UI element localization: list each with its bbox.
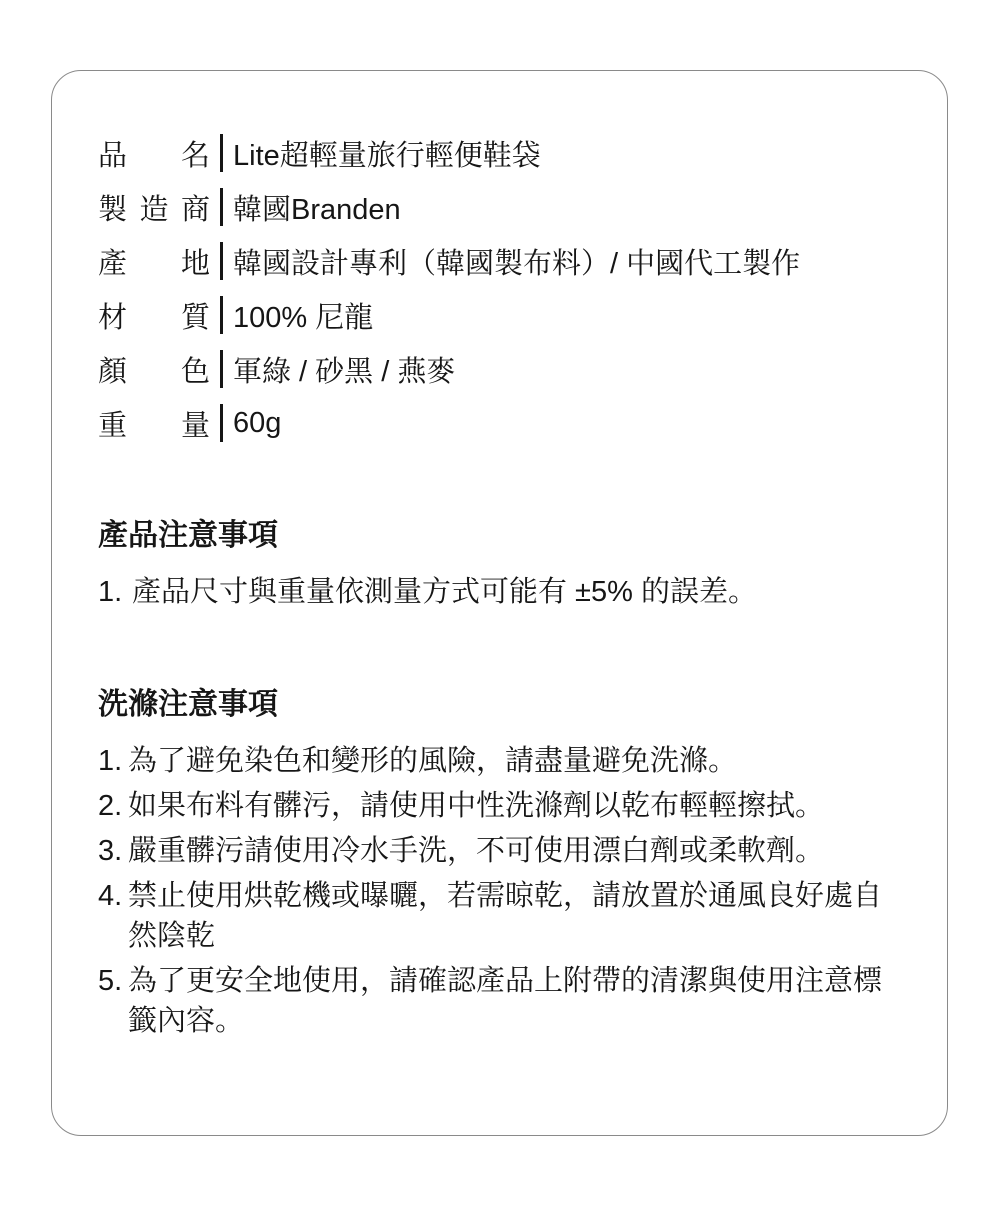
spec-row-material: 材質 100% 尼龍: [98, 288, 902, 342]
washing-notes-section: 洗滌注意事項 1. 為了避免染色和變形的風險，請盡量避免洗滌。 2. 如果布料有…: [98, 685, 902, 1041]
list-item: 2. 如果布料有髒污，請使用中性洗滌劑以乾布輕輕擦拭。: [98, 786, 902, 826]
spec-list: 品名 Lite超輕量旅行輕便鞋袋 製造商 韓國Branden 產地 韓國設計專利…: [98, 126, 902, 450]
item-text: 如果布料有髒污，請使用中性洗滌劑以乾布輕輕擦拭。: [128, 786, 902, 826]
item-number: 5.: [98, 961, 128, 1041]
item-number: 3.: [98, 831, 128, 871]
spec-label: 品名: [98, 133, 210, 174]
list-item: 1. 為了避免染色和變形的風險，請盡量避免洗滌。: [98, 741, 902, 781]
spec-value: Lite超輕量旅行輕便鞋袋: [233, 133, 541, 174]
product-notes-section: 產品注意事項 1. 產品尺寸與重量依測量方式可能有 ±5% 的誤差。: [98, 516, 902, 612]
item-text: 為了更安全地使用，請確認產品上附帶的清潔與使用注意標籤內容。: [128, 961, 902, 1041]
spec-value: 60g: [233, 407, 281, 440]
spec-label: 重量: [98, 403, 210, 444]
item-number: 1.: [98, 572, 132, 612]
item-number: 2.: [98, 786, 128, 826]
vertical-divider: [220, 404, 223, 442]
spec-label: 製造商: [98, 187, 210, 228]
page: 品名 Lite超輕量旅行輕便鞋袋 製造商 韓國Branden 產地 韓國設計專利…: [0, 0, 1000, 1206]
item-text: 為了避免染色和變形的風險，請盡量避免洗滌。: [128, 741, 902, 781]
spec-value: 韓國Branden: [233, 187, 401, 228]
washing-notes-list: 1. 為了避免染色和變形的風險，請盡量避免洗滌。 2. 如果布料有髒污，請使用中…: [98, 741, 902, 1041]
item-text: 產品尺寸與重量依測量方式可能有 ±5% 的誤差。: [132, 572, 902, 612]
product-notes-list: 1. 產品尺寸與重量依測量方式可能有 ±5% 的誤差。: [98, 572, 902, 612]
item-number: 1.: [98, 741, 128, 781]
spec-label: 材質: [98, 295, 210, 336]
spec-row-weight: 重量 60g: [98, 396, 902, 450]
vertical-divider: [220, 242, 223, 280]
spec-value: 韓國設計專利（韓國製布料）/ 中國代工製作: [233, 241, 800, 282]
spec-row-product-name: 品名 Lite超輕量旅行輕便鞋袋: [98, 126, 902, 180]
vertical-divider: [220, 296, 223, 334]
vertical-divider: [220, 350, 223, 388]
list-item: 1. 產品尺寸與重量依測量方式可能有 ±5% 的誤差。: [98, 572, 902, 612]
vertical-divider: [220, 188, 223, 226]
item-text: 嚴重髒污請使用冷水手洗，不可使用漂白劑或柔軟劑。: [128, 831, 902, 871]
spec-value: 100% 尼龍: [233, 295, 373, 336]
spec-label: 產地: [98, 241, 210, 282]
item-number: 4.: [98, 876, 128, 956]
spec-label: 顏色: [98, 349, 210, 390]
spec-value: 軍綠 / 砂黑 / 燕麥: [233, 349, 455, 390]
list-item: 3. 嚴重髒污請使用冷水手洗，不可使用漂白劑或柔軟劑。: [98, 831, 902, 871]
product-notes-heading: 產品注意事項: [98, 516, 902, 556]
washing-notes-heading: 洗滌注意事項: [98, 685, 902, 725]
vertical-divider: [220, 134, 223, 172]
spec-row-color: 顏色 軍綠 / 砂黑 / 燕麥: [98, 342, 902, 396]
list-item: 4. 禁止使用烘乾機或曝曬，若需晾乾，請放置於通風良好處自然陰乾: [98, 876, 902, 956]
product-info-card: 品名 Lite超輕量旅行輕便鞋袋 製造商 韓國Branden 產地 韓國設計專利…: [51, 70, 948, 1136]
list-item: 5. 為了更安全地使用，請確認產品上附帶的清潔與使用注意標籤內容。: [98, 961, 902, 1041]
spec-row-manufacturer: 製造商 韓國Branden: [98, 180, 902, 234]
item-text: 禁止使用烘乾機或曝曬，若需晾乾，請放置於通風良好處自然陰乾: [128, 876, 902, 956]
spec-row-origin: 產地 韓國設計專利（韓國製布料）/ 中國代工製作: [98, 234, 902, 288]
